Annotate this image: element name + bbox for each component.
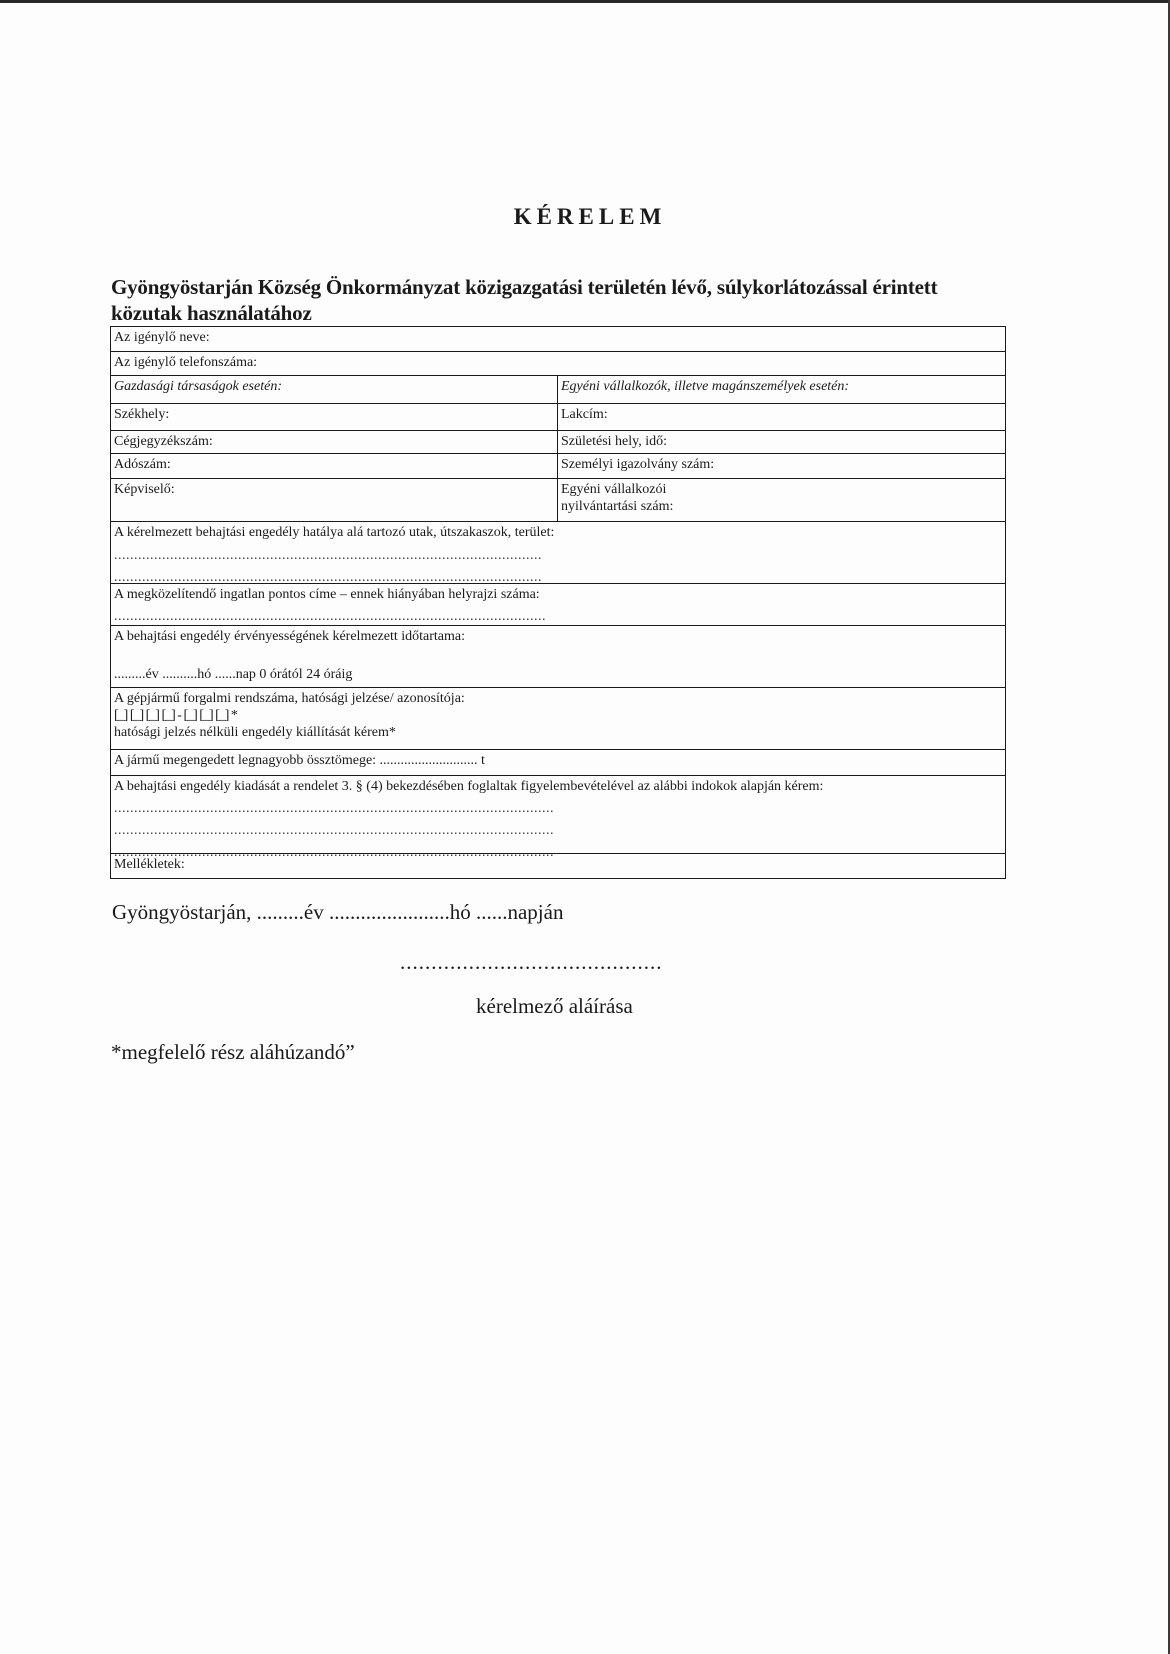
- property-address-label: A megközelítendő ingatlan pontos címe – …: [111, 584, 1005, 605]
- roads-label: A kérelmezett behajtási engedély hatálya…: [111, 522, 1005, 543]
- reason-row[interactable]: A behajtási engedély kiadását a rendelet…: [111, 775, 1005, 853]
- vehicle-weight-label: A jármű megengedett legnagyobb össztömeg…: [111, 750, 1005, 771]
- property-address-line[interactable]: ........................................…: [111, 605, 1005, 627]
- validity-date-line[interactable]: .........év ..........hó ......nap 0 órá…: [111, 647, 1005, 685]
- footnote: *megfelelő rész aláhúzandó”: [111, 1040, 355, 1065]
- vehicle-weight-row[interactable]: A jármű megengedett legnagyobb össztömeg…: [111, 749, 1005, 775]
- reason-line-1[interactable]: ........................................…: [111, 797, 1005, 819]
- applicant-phone-row[interactable]: Az igénylő telefonszáma:: [111, 351, 1005, 375]
- document-title: KÉRELEM: [0, 204, 1170, 230]
- individual-entrepreneur-number-field[interactable]: Egyéni vállalkozói nyilvántartási szám:: [558, 478, 1005, 522]
- attachments-row[interactable]: Mellékletek:: [111, 853, 1005, 878]
- application-form-table: Az igénylő neve: Az igénylő telefonszáma…: [110, 326, 1006, 879]
- company-header: Gazdasági társaságok esetén:: [111, 376, 557, 403]
- individual-birth-field[interactable]: Születési hely, idő:: [558, 430, 1005, 453]
- scan-edge-top: [0, 0, 1170, 3]
- signature-label: kérelmező aláírása: [476, 994, 633, 1019]
- roads-row[interactable]: A kérelmezett behajtási engedély hatálya…: [111, 521, 1005, 583]
- signature-line[interactable]: ........................................…: [400, 950, 663, 975]
- applicant-phone-label: Az igénylő telefonszáma:: [111, 352, 1005, 373]
- reason-line-2[interactable]: ........................................…: [111, 819, 1005, 841]
- individual-address-field[interactable]: Lakcím:: [558, 403, 1005, 430]
- property-address-row[interactable]: A megközelítendő ingatlan pontos címe – …: [111, 583, 1005, 625]
- plate-number-boxes[interactable]: [_] [_] [_] [_] - [_] [_] [_] *: [111, 707, 1005, 724]
- applicant-details-section: Gazdasági társaságok esetén: Székhely: C…: [111, 375, 1005, 521]
- company-seat-field[interactable]: Székhely:: [111, 403, 557, 430]
- vehicle-plate-label: A gépjármű forgalmi rendszáma, hatósági …: [111, 688, 1005, 707]
- document-subtitle: Gyöngyöstarján Község Önkormányzat közig…: [111, 274, 1011, 326]
- applicant-name-label: Az igénylő neve:: [111, 327, 1005, 348]
- individual-id-card-field[interactable]: Személyi igazolvány szám:: [558, 453, 1005, 478]
- roads-line-1[interactable]: ........................................…: [111, 543, 1005, 566]
- place-date-line[interactable]: Gyöngyöstarján, .........év ............…: [112, 900, 563, 925]
- attachments-label: Mellékletek:: [111, 854, 1005, 875]
- no-plate-option[interactable]: hatósági jelzés nélküli engedély kiállít…: [111, 724, 1005, 743]
- individual-header: Egyéni vállalkozók, illetve magánszemély…: [558, 376, 1005, 403]
- applicant-name-row[interactable]: Az igénylő neve:: [111, 327, 1005, 351]
- validity-label: A behajtási engedély érvényességének kér…: [111, 626, 1005, 647]
- company-registration-field[interactable]: Cégjegyzékszám:: [111, 430, 557, 453]
- vehicle-plate-row[interactable]: A gépjármű forgalmi rendszáma, hatósági …: [111, 687, 1005, 749]
- validity-row[interactable]: A behajtási engedély érvényességének kér…: [111, 625, 1005, 687]
- company-representative-field[interactable]: Képviselő:: [111, 478, 557, 522]
- company-tax-number-field[interactable]: Adószám:: [111, 453, 557, 478]
- reason-label: A behajtási engedély kiadását a rendelet…: [111, 776, 1005, 797]
